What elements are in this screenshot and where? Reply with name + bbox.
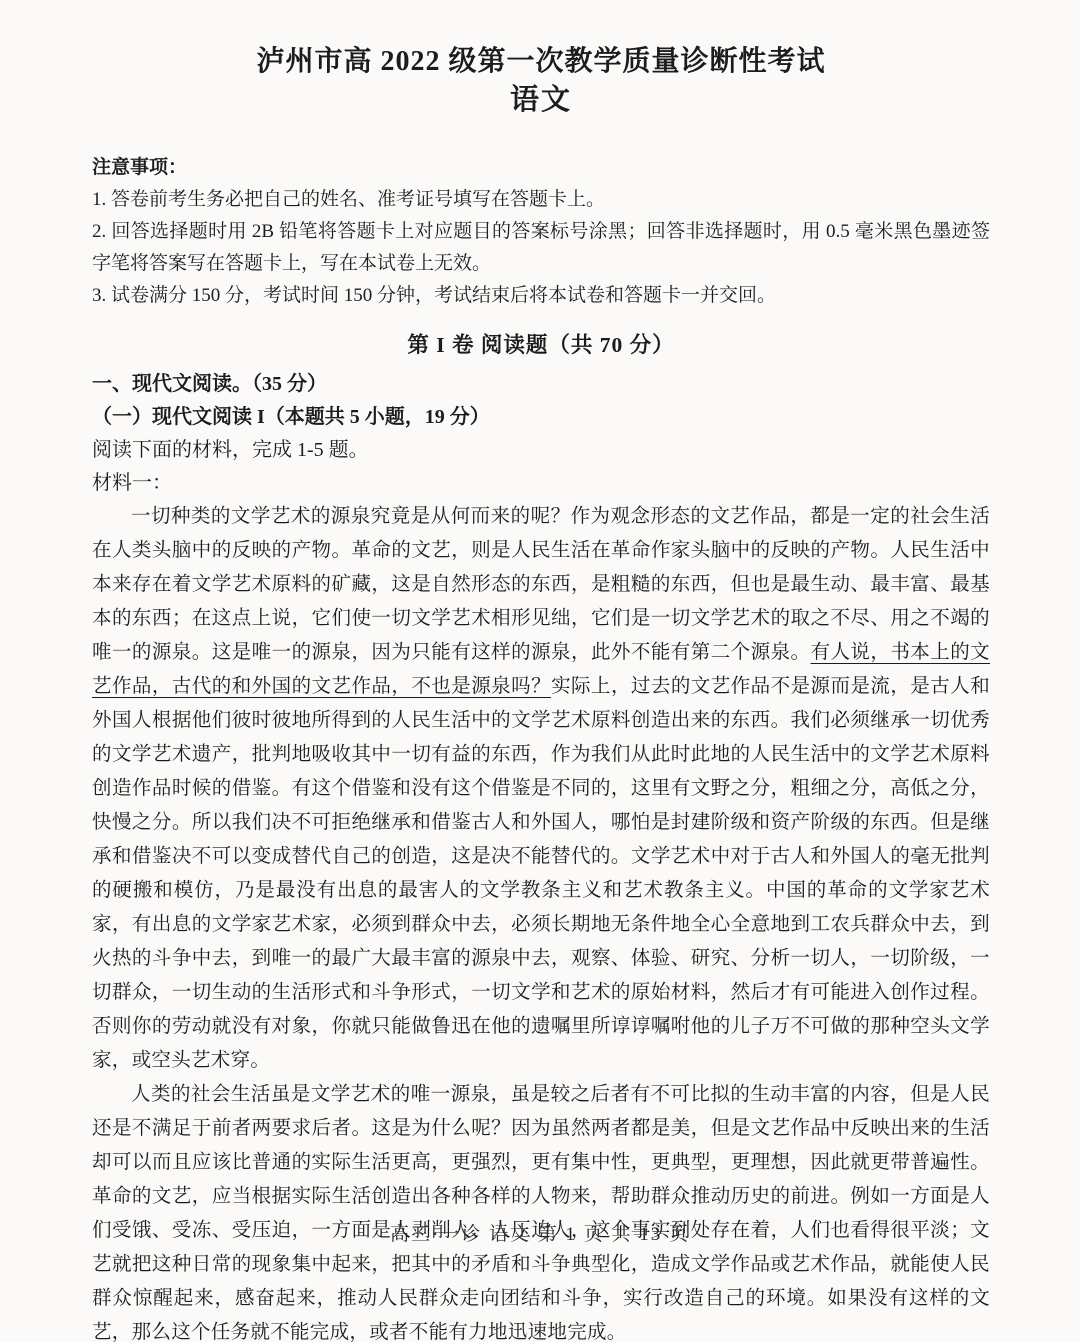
material-body: 一切种类的文学艺术的源泉究竟是从何而来的呢？作为观念形态的文艺作品，都是一定的社… [92, 500, 990, 1342]
material-paragraph-1: 一切种类的文学艺术的源泉究竟是从何而来的呢？作为观念形态的文艺作品，都是一定的社… [92, 500, 990, 1078]
notice-heading: 注意事项： [92, 152, 990, 184]
subsection-heading: （一）现代文阅读 I（本题共 5 小题，19 分） [92, 401, 990, 434]
section-heading: 一、现代文阅读。（35 分） [92, 368, 990, 401]
exam-subject: 语文 [92, 80, 990, 120]
page-content: 泸州市高 2022 级第一次教学质量诊断性考试 语文 注意事项： 1. 答卷前考… [0, 0, 1080, 1342]
paragraph-1-text-before: 一切种类的文学艺术的源泉究竟是从何而来的呢？作为观念形态的文艺作品，都是一定的社… [92, 506, 990, 663]
notice-section: 注意事项： 1. 答卷前考生务必把自己的姓名、准考证号填写在答题卡上。 2. 回… [92, 152, 990, 312]
notice-item-1: 1. 答卷前考生务必把自己的姓名、准考证号填写在答题卡上。 [92, 184, 990, 216]
paragraph-1-text-after: 实际上，过去的文艺作品不是源而是流，是古人和外国人根据他们彼时彼地所得到的人民生… [92, 676, 990, 1071]
reading-instruction: 阅读下面的材料，完成 1-5 题。 [92, 434, 990, 467]
notice-item-3: 3. 试卷满分 150 分，考试时间 150 分钟，考试结束后将本试卷和答题卡一… [92, 280, 990, 312]
material-label: 材料一： [92, 467, 990, 500]
part-title: 第 I 卷 阅读题（共 70 分） [92, 328, 990, 362]
material-paragraph-2: 人类的社会生活虽是文学艺术的唯一源泉，虽是较之后者有不可比拟的生动丰富的内容，但… [92, 1078, 990, 1342]
exam-page: 泸州市高 2022 级第一次教学质量诊断性考试 语文 注意事项： 1. 答卷前考… [0, 0, 1080, 1342]
page-footer: 高三·一诊 语文 第 1 页 共 13 页 [0, 1219, 1080, 1246]
exam-title: 泸州市高 2022 级第一次教学质量诊断性考试 [92, 44, 990, 80]
notice-item-2: 2. 回答选择题时用 2B 铅笔将答题卡上对应题目的答案标号涂黑；回答非选择题时… [92, 216, 990, 280]
